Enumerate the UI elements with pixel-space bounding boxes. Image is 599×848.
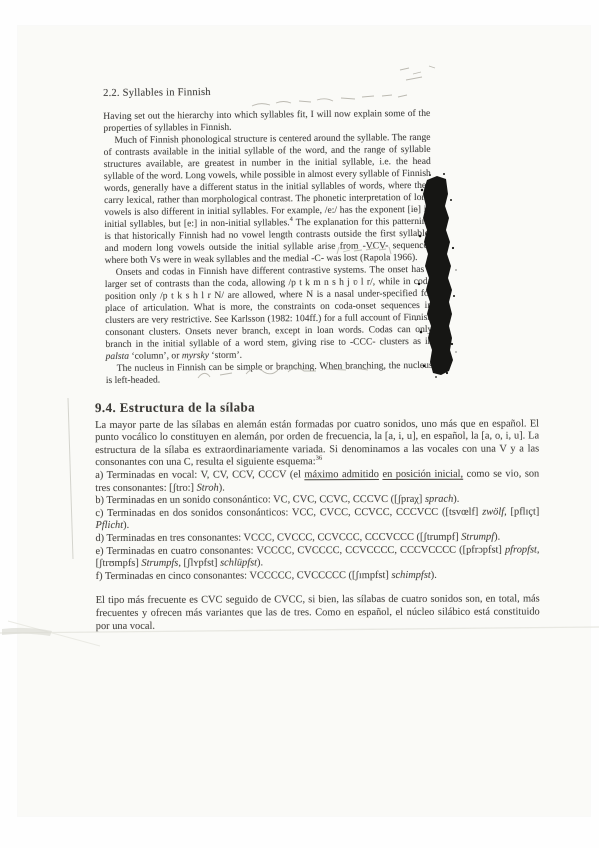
section-heading-es: 9.4. Estructura de la sílaba [95,400,539,414]
pen-underlined-text: en posición inicial, [382,469,463,480]
styled-text: pfropfst [505,544,537,555]
scanned-document: 2.2. Syllables in Finnish Having set out… [0,0,599,848]
paragraph: d) Terminadas en tres consonantes: VCCC,… [95,531,539,545]
styled-text: schlüpfst [220,558,257,569]
paragraph: Much of Finnish phonological structure i… [103,132,431,267]
styled-text: sprach [425,494,453,505]
paragraph: La mayor parte de las sílabas en alemán … [95,418,539,470]
paragraph: c) Terminadas en dos sonidos consonántic… [95,506,539,533]
paragraph: a) Terminadas en vocal: V, CV, CCV, CCCV… [95,468,539,495]
styled-text: Stroh [197,482,219,493]
styled-text: palsta [106,351,130,362]
styled-text: Strumpfs [141,558,178,569]
paragraph: Having set out the hierarchy into which … [103,108,430,135]
styled-text: Strumpf [461,532,494,543]
styled-text: Pflicht [95,520,123,531]
section-estructura-de-la-silaba: 9.4. Estructura de la sílaba La mayor pa… [95,400,540,633]
pen-underlined-text: máximo admitido [304,469,379,480]
paper-sheet: 2.2. Syllables in Finnish Having set out… [18,26,590,816]
styled-text: zwölf [482,506,504,517]
styled-text: 36 [316,455,323,462]
paragraph: Onsets and codas in Finnish have differe… [105,264,433,363]
paragraph: The nucleus in Finnish can be simple or … [106,360,433,387]
paragraph: El tipo más frecuente es CVC seguido de … [96,594,540,633]
section-syllables-in-finnish: 2.2. Syllables in Finnish Having set out… [103,85,433,387]
styled-text: schimpfst [391,570,430,581]
section-en-body: Having set out the hierarchy into which … [103,108,433,387]
styled-text: 4 [290,216,293,223]
paragraph: e) Terminadas en cuatro consonantes: VCC… [96,544,540,571]
section-heading-en: 2.2. Syllables in Finnish [103,85,430,100]
section-es-body: La mayor parte de las sílabas en alemán … [95,418,540,633]
styled-text: myrsky [182,350,209,361]
paragraph: f) Terminadas en cinco consonantes: VCCC… [96,569,540,583]
